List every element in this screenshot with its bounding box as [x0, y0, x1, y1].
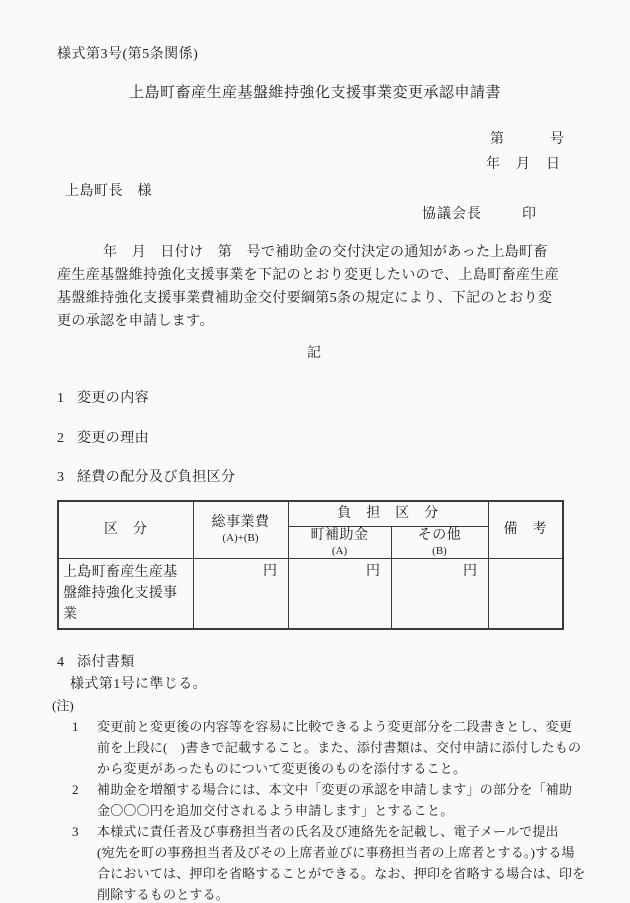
- note-number: 1: [57, 716, 97, 779]
- table-header-town-subsidy: 町補助金 (A): [288, 526, 391, 558]
- table-header-other-label: その他: [392, 527, 488, 544]
- table-header-town-subsidy-code: (A): [289, 544, 391, 558]
- document-number-line: 第 号: [57, 129, 573, 151]
- table-header-total-cost-formula: (A)+(B): [194, 531, 288, 545]
- item-number: 2: [57, 428, 77, 450]
- note-line: (宛先を町の事務担当者及びその上席者並びに事務担当者の上席者とする。)する場: [97, 842, 585, 863]
- table-header-category: 区 分: [58, 501, 193, 558]
- item-label: 添付書類: [77, 652, 135, 674]
- table-header-burden: 負 担 区 分: [288, 501, 488, 526]
- note-line: 金〇〇〇円を追加交付されるよう申請します」とすること。: [97, 800, 573, 821]
- note-item-2: 2 補助金を増額する場合には、本文中「変更の承認を申請します」の部分を「補助 金…: [57, 779, 573, 821]
- table-header-remarks-label: 備 考: [489, 521, 563, 538]
- table-header-burden-label: 負 担 区 分: [289, 505, 488, 522]
- table-header-total-cost: 総事業費 (A)+(B): [193, 501, 288, 558]
- signer-title: 協議会長: [422, 204, 482, 226]
- item-number: 3: [57, 467, 77, 489]
- body-paragraph-line: 年 月 日付け 第 号で補助金の交付決定の通知があった上島町畜: [57, 241, 573, 264]
- item-attachments: 4 添付書類: [57, 652, 573, 674]
- body-paragraph: 年 月 日付け 第 号で補助金の交付決定の通知があった上島町畜 産生産基盤維持強…: [57, 241, 573, 333]
- body-paragraph-line: 産生産基盤維持強化支援事業を下記のとおり変更したいので、上島町畜産生産: [57, 264, 573, 287]
- note-item-1: 1 変更前と変更後の内容等を容易に比較できるよう変更部分を二段書きとし、変更 前…: [57, 716, 573, 779]
- signer-line: 協議会長 印: [57, 204, 573, 226]
- document-title: 上島町畜産生産基盤維持強化支援事業変更承認申請書: [57, 82, 573, 104]
- ki-heading: 記: [57, 343, 573, 365]
- note-line: 合においては、押印を省略することができる。なお、押印を省略する場合は、印を: [97, 863, 585, 884]
- note-line: 補助金を増額する場合には、本文中「変更の承認を申請します」の部分を「補助: [97, 779, 573, 800]
- table-cell-other-amount: 円: [391, 558, 488, 629]
- item-label: 変更の理由: [77, 428, 149, 450]
- note-number: 2: [57, 779, 97, 821]
- note-line: から変更があったものについて変更後のものを添付すること。: [97, 758, 581, 779]
- body-paragraph-line: 基盤維持強化支援事業費補助金交付要綱第5条の規定により、下記のとおり変: [57, 287, 573, 310]
- note-text: 本様式に責任者及び事務担当者の氏名及び連絡先を記載し、電子メールで提出 (宛先を…: [97, 821, 585, 903]
- item-cost-allocation: 3 経費の配分及び負担区分: [57, 467, 573, 489]
- notes-heading: (注): [52, 695, 573, 716]
- note-item-3: 3 本様式に責任者及び事務担当者の氏名及び連絡先を記載し、電子メールで提出 (宛…: [57, 821, 573, 903]
- item-change-contents: 1 変更の内容: [57, 388, 573, 410]
- item-label: 変更の内容: [77, 388, 149, 410]
- table-cell-project-name: 上島町畜産生産基盤維持強化支援事業: [58, 558, 193, 629]
- attachment-sub-line: 様式第1号に準じる。: [57, 674, 573, 695]
- form-number-label: 様式第3号(第5条関係): [57, 44, 573, 66]
- body-paragraph-line: 更の承認を申請します。: [57, 310, 573, 333]
- item-number: 1: [57, 388, 77, 410]
- note-line: 削除するものとする。: [97, 884, 585, 903]
- note-number: 3: [57, 821, 97, 903]
- table-header-town-subsidy-label: 町補助金: [289, 527, 391, 544]
- table-header-other-code: (B): [392, 544, 488, 558]
- note-line: 本様式に責任者及び事務担当者の氏名及び連絡先を記載し、電子メールで提出: [97, 821, 585, 842]
- note-line: 前を上段に( )書きで記載すること。また、添付書類は、交付申請に添付したもの: [97, 737, 581, 758]
- addressee-line: 上島町長 様: [57, 181, 573, 203]
- table-header-other: その他 (B): [391, 526, 488, 558]
- table-cell-total-amount: 円: [193, 558, 288, 629]
- seal-placeholder: 印: [522, 204, 537, 226]
- note-text: 変更前と変更後の内容等を容易に比較できるよう変更部分を二段書きとし、変更 前を上…: [97, 716, 581, 779]
- item-change-reason: 2 変更の理由: [57, 428, 573, 450]
- date-line: 年 月 日: [57, 154, 573, 176]
- table-header-remarks: 備 考: [488, 501, 563, 558]
- table-row: 上島町畜産生産基盤維持強化支援事業 円 円 円: [58, 558, 563, 629]
- table-header-total-cost-label: 総事業費: [194, 514, 288, 531]
- table-cell-remarks: [488, 558, 563, 629]
- note-line: 変更前と変更後の内容等を容易に比較できるよう変更部分を二段書きとし、変更: [97, 716, 581, 737]
- item-label: 経費の配分及び負担区分: [77, 467, 235, 489]
- item-number: 4: [57, 652, 77, 674]
- table-header-category-label: 区 分: [59, 521, 193, 538]
- table-cell-town-amount: 円: [288, 558, 391, 629]
- note-text: 補助金を増額する場合には、本文中「変更の承認を申請します」の部分を「補助 金〇〇…: [97, 779, 573, 821]
- document-page: 様式第3号(第5条関係) 上島町畜産生産基盤維持強化支援事業変更承認申請書 第 …: [0, 0, 630, 903]
- cost-allocation-table: 区 分 総事業費 (A)+(B) 負 担 区 分 備 考 町補助金 (A) その…: [57, 500, 564, 630]
